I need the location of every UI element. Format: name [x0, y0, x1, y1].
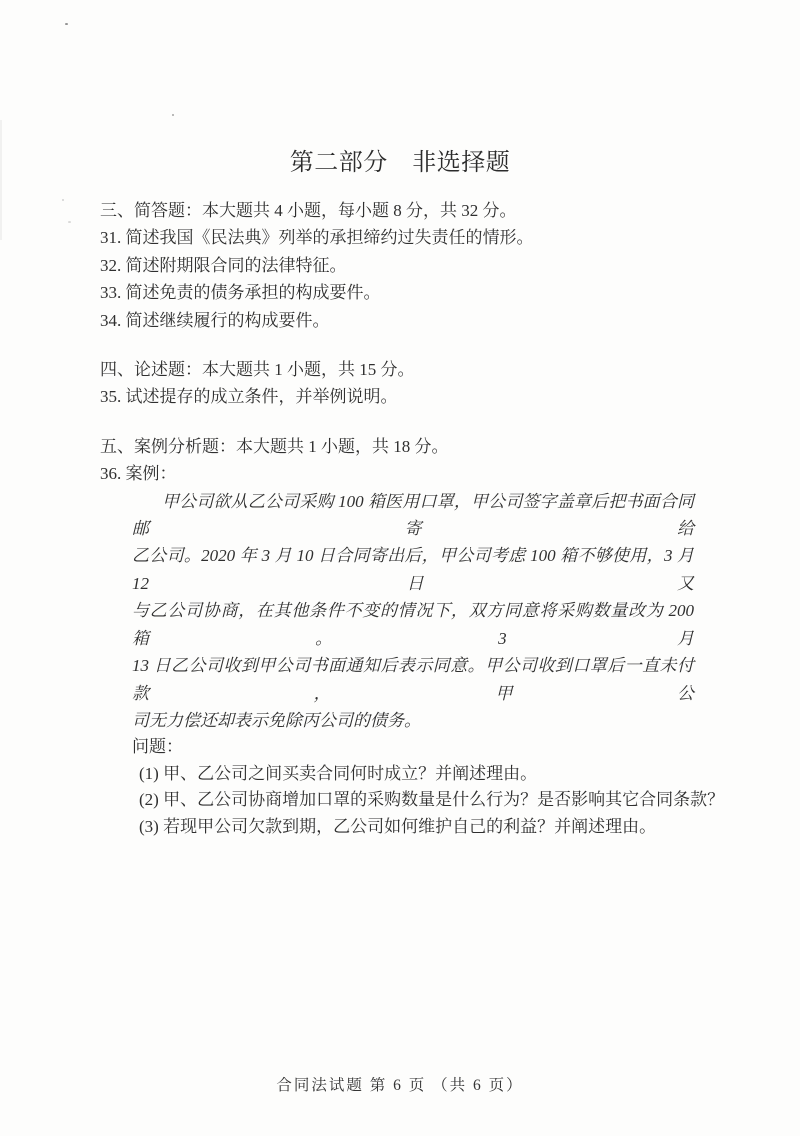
scan-speck: [65, 23, 68, 25]
section-heading: 四、论述题：本大题共 1 小题，共 15 分。: [100, 356, 700, 383]
case-paragraph-line: 与乙公司协商，在其他条件不变的情况下，双方同意将采购数量改为 200 箱。3 月: [132, 597, 694, 652]
page-title: 第二部分 非选择题: [0, 142, 800, 177]
questions-label: 问题：: [132, 734, 700, 761]
exam-body: 三、简答题：本大题共 4 小题，每小题 8 分，共 32 分。 31. 简述我国…: [100, 197, 700, 840]
footer-page-info: 合同法试题 第 6 页 （共 6 页）: [0, 1076, 800, 1096]
case-paragraph-line: 乙公司。2020 年 3 月 10 日合同寄出后，甲公司考虑 100 箱不够使用…: [132, 542, 694, 597]
question-item: 32. 简述附期限合同的法律特征。: [100, 252, 700, 279]
section-short-answer: 三、简答题：本大题共 4 小题，每小题 8 分，共 32 分。 31. 简述我国…: [100, 197, 700, 334]
section-essay: 四、论述题：本大题共 1 小题，共 15 分。 35. 试述提存的成立条件，并举…: [100, 356, 700, 411]
question-item: 33. 简述免责的债务承担的构成要件。: [100, 279, 700, 306]
exam-page: 第二部分 非选择题 三、简答题：本大题共 4 小题，每小题 8 分，共 32 分…: [0, 0, 800, 1136]
case-paragraph-line: 13 日乙公司收到甲公司书面通知后表示同意。甲公司收到口罩后一直未付款，甲公: [132, 652, 694, 707]
scan-speck: [68, 221, 71, 223]
scan-speck: [172, 114, 174, 116]
scan-speck: [62, 199, 64, 201]
case-question: (1) 甲、乙公司之间买卖合同何时成立？并阐述理由。: [139, 761, 700, 788]
case-label: 36. 案例：: [100, 460, 700, 487]
question-item: 35. 试述提存的成立条件，并举例说明。: [100, 383, 700, 410]
question-item: 34. 简述继续履行的构成要件。: [100, 307, 700, 334]
scan-edge-smudge: [0, 120, 2, 240]
case-question: (2) 甲、乙公司协商增加口罩的采购数量是什么行为？是否影响其它合同条款？: [139, 787, 700, 814]
section-case-analysis: 五、案例分析题：本大题共 1 小题，共 18 分。 36. 案例： 甲公司欲从乙…: [100, 433, 700, 840]
section-heading: 五、案例分析题：本大题共 1 小题，共 18 分。: [100, 433, 700, 460]
case-paragraph: 甲公司欲从乙公司采购 100 箱医用口罩，甲公司签字盖章后把书面合同邮寄给 乙公…: [132, 488, 694, 735]
section-heading: 三、简答题：本大题共 4 小题，每小题 8 分，共 32 分。: [100, 197, 700, 224]
case-paragraph-line: 司无力偿还却表示免除丙公司的债务。: [132, 707, 694, 734]
question-item: 31. 简述我国《民法典》列举的承担缔约过失责任的情形。: [100, 224, 700, 251]
case-paragraph-line: 甲公司欲从乙公司采购 100 箱医用口罩，甲公司签字盖章后把书面合同邮寄给: [132, 488, 694, 543]
case-question: (3) 若现甲公司欠款到期，乙公司如何维护自己的利益？并阐述理由。: [139, 814, 700, 841]
